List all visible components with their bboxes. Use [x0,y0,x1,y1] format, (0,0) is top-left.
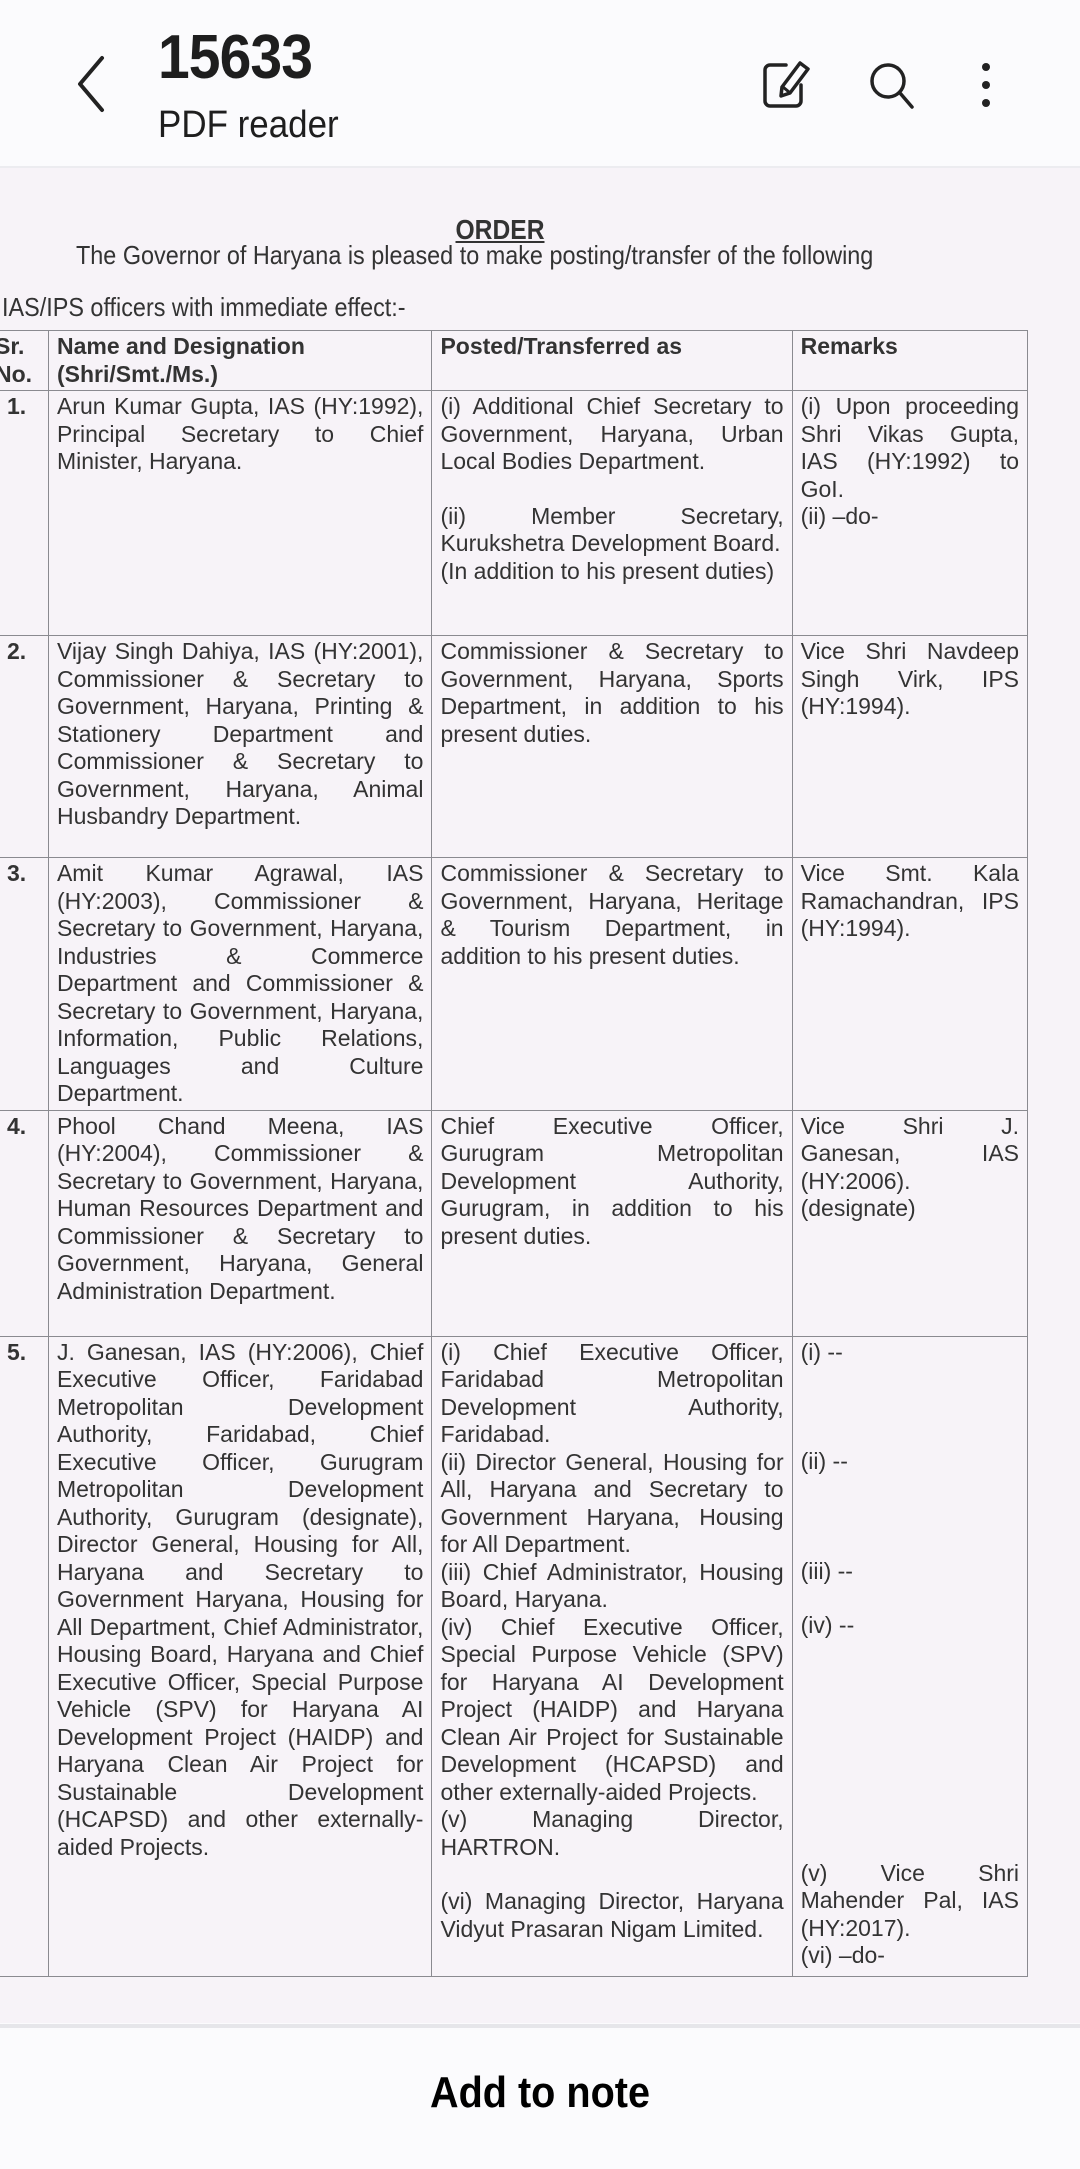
posting-item: Chief Executive Officer, Gurugram Metrop… [440,1113,783,1251]
posting-item: (iii) Chief Administrator, Housing Board… [440,1559,783,1614]
name-designation-cell: Arun Kumar Gupta, IAS (HY:1992), Princip… [48,391,431,636]
remark-item: (v) Vice Shri Mahender Pal, IAS (HY:2017… [801,1860,1019,1943]
table-row: 1.Arun Kumar Gupta, IAS (HY:1992), Princ… [0,391,1028,636]
remarks-cell: Vice Shri J. Ganesan, IAS (HY:2006). (de… [792,1110,1027,1336]
name-designation-cell: J. Ganesan, IAS (HY:2006), Chief Executi… [48,1336,431,1976]
more-vert-icon [956,55,1016,115]
order-intro-line-1: The Governor of Haryana is pleased to ma… [76,240,873,271]
posting-item: (ii) Member Secretary, Kurukshetra Devel… [440,503,783,558]
remark-item: (ii) -- [801,1448,1019,1476]
posted-as-cell: Commissioner & Secretary to Government, … [432,636,792,858]
remark-item: Vice Shri J. Ganesan, IAS (HY:2006). (de… [801,1113,1019,1223]
edit-button[interactable] [756,55,816,115]
serial-number-cell: 1. [0,391,48,636]
remark-item: Vice Shri Navdeep Singh Virk, IPS (HY:19… [801,638,1019,721]
header-remarks: Remarks [792,331,1027,391]
remark-item: (ii) –do- [801,503,1019,531]
table-row: 3.Amit Kumar Agrawal, IAS (HY:2003), Com… [0,858,1028,1111]
header-name: Name and Designation (Shri/Smt./Ms.) [48,331,431,391]
remark-item: (iv) -- [801,1612,1019,1640]
name-designation-cell: Phool Chand Meena, IAS (HY:2004), Commis… [48,1110,431,1336]
pdf-document: ORDER The Governor of Haryana is pleased… [0,168,1080,2023]
document-title: 15633 [158,22,312,93]
table-row: 2.Vijay Singh Dahiya, IAS (HY:2001), Com… [0,636,1028,858]
search-button[interactable] [862,55,922,115]
posting-item: (iv) Chief Executive Officer, Special Pu… [440,1614,783,1807]
bottom-action-bar: Add to note [0,2024,1080,2169]
remarks-cell: (i) Upon proceeding Shri Vikas Gupta, IA… [792,391,1027,636]
app-bar: 15633 PDF reader [0,0,1080,168]
postings-table: Sr. No. Name and Designation (Shri/Smt./… [0,330,1028,1977]
serial-number-cell: 3. [0,858,48,1111]
name-designation-cell: Vijay Singh Dahiya, IAS (HY:2001), Commi… [48,636,431,858]
header-posted: Posted/Transferred as [432,331,792,391]
remark-item: (i) -- [801,1339,1019,1367]
posted-as-cell: (i) Chief Executive Officer, Faridabad M… [432,1336,792,1976]
add-to-note-button[interactable]: Add to note [54,2068,1026,2118]
remark-item: (i) Upon proceeding Shri Vikas Gupta, IA… [801,393,1019,503]
remarks-cell: (i) --(ii) --(iii) --(iv) --(v) Vice Shr… [792,1336,1027,1976]
table-body: 1.Arun Kumar Gupta, IAS (HY:1992), Princ… [0,391,1028,1977]
posting-item: (i) Additional Chief Secretary to Govern… [440,393,783,476]
search-icon [862,55,922,115]
posted-as-cell: Commissioner & Secretary to Government, … [432,858,792,1111]
posting-item: Commissioner & Secretary to Government, … [440,638,783,748]
serial-number-cell: 4. [0,1110,48,1336]
table-header-row: Sr. No. Name and Designation (Shri/Smt./… [0,331,1028,391]
order-intro-line-2: IAS/IPS officers with immediate effect:- [2,292,406,323]
name-designation-cell: Amit Kumar Agrawal, IAS (HY:2003), Commi… [48,858,431,1111]
posting-item: (vi) Managing Director, Haryana Vidyut P… [440,1888,783,1943]
posted-as-cell: Chief Executive Officer, Gurugram Metrop… [432,1110,792,1336]
edit-icon [756,55,816,115]
app-subtitle: PDF reader [158,104,339,147]
more-options-button[interactable] [956,55,1016,115]
remark-item: (iii) -- [801,1558,1019,1586]
remark-item: (vi) –do- [801,1942,1019,1970]
remark-item: Vice Smt. Kala Ramachandran, IPS (HY:199… [801,860,1019,943]
posted-as-cell: (i) Additional Chief Secretary to Govern… [432,391,792,636]
serial-number-cell: 2. [0,636,48,858]
serial-number-cell: 5. [0,1336,48,1976]
header-sno: Sr. No. [0,331,48,391]
pdf-page-viewport[interactable]: ORDER The Governor of Haryana is pleased… [0,168,1080,2023]
posting-item: (ii) Director General, Housing for All, … [440,1449,783,1559]
posting-item: Commissioner & Secretary to Government, … [440,860,783,970]
posting-item: (v) Managing Director, HARTRON. [440,1806,783,1861]
back-chevron-icon [72,52,112,116]
remarks-cell: Vice Shri Navdeep Singh Virk, IPS (HY:19… [792,636,1027,858]
posting-item: (In addition to his present duties) [440,558,783,586]
back-button[interactable] [72,52,112,116]
table-row: 4.Phool Chand Meena, IAS (HY:2004), Comm… [0,1110,1028,1336]
posting-item: (i) Chief Executive Officer, Faridabad M… [440,1339,783,1449]
remarks-cell: Vice Smt. Kala Ramachandran, IPS (HY:199… [792,858,1027,1111]
table-row: 5.J. Ganesan, IAS (HY:2006), Chief Execu… [0,1336,1028,1976]
